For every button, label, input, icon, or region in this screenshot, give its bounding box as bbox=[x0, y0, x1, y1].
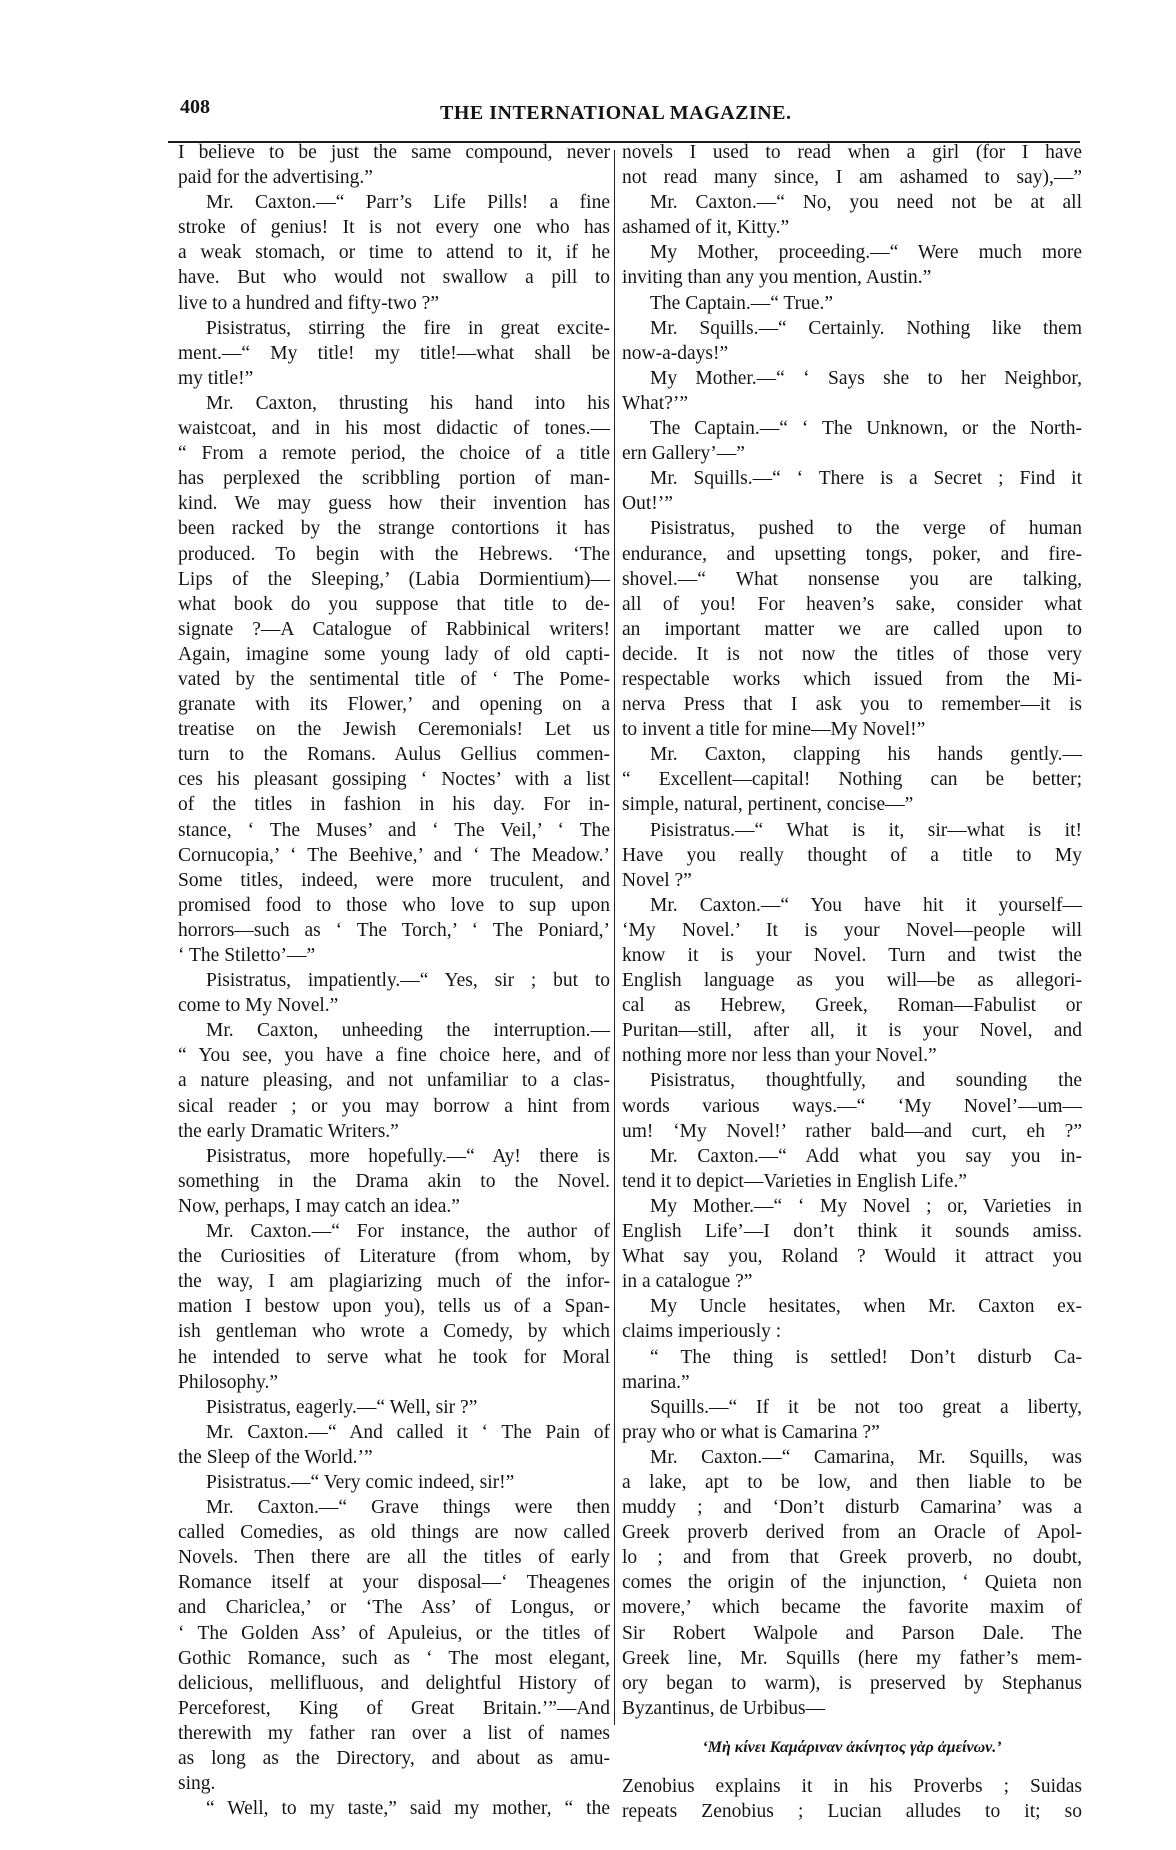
text-line: Mr. Caxton, unheeding the interruption.— bbox=[178, 1018, 610, 1043]
text-line: Pisistratus, pushed to the verge of huma… bbox=[622, 516, 1082, 541]
text-line: Now, perhaps, I may catch an idea.” bbox=[178, 1194, 610, 1219]
text-line: Out!’” bbox=[622, 491, 1082, 516]
text-line: Puritan—still, after all, it is your Nov… bbox=[622, 1018, 1082, 1043]
text-line: turn to the Romans. Aulus Gellius commen… bbox=[178, 742, 610, 767]
text-line: novels I used to read when a girl (for I… bbox=[622, 140, 1082, 165]
text-line: comes the origin of the injunction, ‘ Qu… bbox=[622, 1570, 1082, 1595]
text-line: Perceforest, King of Great Britain.’”—An… bbox=[178, 1696, 610, 1721]
text-line: Mr. Caxton, clapping his hands gently.— bbox=[622, 742, 1082, 767]
text-line: Gothic Romance, such as ‘ The most elega… bbox=[178, 1646, 610, 1671]
text-line: stance, ‘ The Muses’ and ‘ The Veil,’ ‘ … bbox=[178, 818, 610, 843]
text-line: ‘ The Golden Ass’ of Apuleius, or the ti… bbox=[178, 1621, 610, 1646]
text-line: stroke of genius! It is not every one wh… bbox=[178, 215, 610, 240]
text-line: live to a hundred and fifty-two ?” bbox=[178, 291, 610, 316]
text-line: ashamed of it, Kitty.” bbox=[622, 215, 1082, 240]
text-line: words various ways.—“ ‘My Novel’—um— bbox=[622, 1094, 1082, 1119]
text-line: My Uncle hesitates, when Mr. Caxton ex- bbox=[622, 1294, 1082, 1319]
text-line: to invent a title for mine—My Novel!” bbox=[622, 717, 1082, 742]
text-line: endurance, and upsetting tongs, poker, a… bbox=[622, 542, 1082, 567]
text-line: a nature pleasing, and not unfamiliar to… bbox=[178, 1068, 610, 1093]
text-line: Mr. Caxton, thrusting his hand into his bbox=[178, 391, 610, 416]
text-line: Byzantinus, de Urbibus— bbox=[622, 1696, 1082, 1721]
greek-quotation: ‘Μὴ κίνει Καμάριναν ἀκίνητος γὰρ ἀμείνων… bbox=[622, 1735, 1082, 1760]
text-line: the early Dramatic Writers.” bbox=[178, 1119, 610, 1144]
text-line: Pisistratus, stirring the fire in great … bbox=[178, 316, 610, 341]
text-line: ‘My Novel.’ It is your Novel—people will bbox=[622, 918, 1082, 943]
text-line: Mr. Caxton.—“ Parr’s Life Pills! a fine bbox=[178, 190, 610, 215]
text-line: Novels. Then there are all the titles of… bbox=[178, 1545, 610, 1570]
text-line: I believe to be just the same compound, … bbox=[178, 140, 610, 165]
text-line: lo ; and from that Greek proverb, no dou… bbox=[622, 1545, 1082, 1570]
text-line: an important matter we are called upon t… bbox=[622, 617, 1082, 642]
text-line: signate ?—A Catalogue of Rabbinical writ… bbox=[178, 617, 610, 642]
text-line: the Curiosities of Literature (from whom… bbox=[178, 1244, 610, 1269]
text-line: ory began to warm), is preserved by Step… bbox=[622, 1671, 1082, 1696]
text-line: a weak stomach, or time to attend to it,… bbox=[178, 240, 610, 265]
text-line: Squills.—“ If it be not too great a libe… bbox=[622, 1395, 1082, 1420]
text-line: marina.” bbox=[622, 1370, 1082, 1395]
text-line: Mr. Caxton.—“ You have hit it yourself— bbox=[622, 893, 1082, 918]
text-line: the way, I am plagiarizing much of the i… bbox=[178, 1269, 610, 1294]
text-line: granate with its Flower,’ and opening on… bbox=[178, 692, 610, 717]
text-line: nerva Press that I ask you to remember—i… bbox=[622, 692, 1082, 717]
text-line: as long as the Directory, and about as a… bbox=[178, 1746, 610, 1771]
text-line: Novel ?” bbox=[622, 868, 1082, 893]
text-line: My Mother, proceeding.—“ Were much more bbox=[622, 240, 1082, 265]
text-line: what book do you suppose that title to d… bbox=[178, 592, 610, 617]
text-line: My Mother.—“ ‘ My Novel ; or, Varieties … bbox=[622, 1194, 1082, 1219]
text-line: paid for the advertising.” bbox=[178, 165, 610, 190]
text-line: Greek line, Mr. Squills (here my father’… bbox=[622, 1646, 1082, 1671]
text-line: English Life’—I don’t think it sounds am… bbox=[622, 1219, 1082, 1244]
text-line: in a catalogue ?” bbox=[622, 1269, 1082, 1294]
text-line: vated by the sentimental title of ‘ The … bbox=[178, 667, 610, 692]
text-line: horrors—such as ‘ The Torch,’ ‘ The Poni… bbox=[178, 918, 610, 943]
text-line: not read many since, I am ashamed to say… bbox=[622, 165, 1082, 190]
text-line: “ Excellent—capital! Nothing can be bett… bbox=[622, 767, 1082, 792]
text-line: simple, natural, pertinent, concise—” bbox=[622, 792, 1082, 817]
text-line: nothing more nor less than your Novel.” bbox=[622, 1043, 1082, 1068]
text-line: Pisistratus, impatiently.—“ Yes, sir ; b… bbox=[178, 968, 610, 993]
text-line: Mr. Caxton.—“ For instance, the author o… bbox=[178, 1219, 610, 1244]
text-line: produced. To begin with the Hebrews. ‘Th… bbox=[178, 542, 610, 567]
text-line: delicious, mellifluous, and delightful H… bbox=[178, 1671, 610, 1696]
text-line: Lips of the Sleeping,’ (Labia Dormientiu… bbox=[178, 567, 610, 592]
text-line: claims imperiously : bbox=[622, 1319, 1082, 1344]
text-line: mation I bestow upon you), tells us of a… bbox=[178, 1294, 610, 1319]
text-line: promised food to those who love to sup u… bbox=[178, 893, 610, 918]
text-line: been racked by the strange contortions i… bbox=[178, 516, 610, 541]
text-line: Mr. Caxton.—“ Grave things were then bbox=[178, 1495, 610, 1520]
text-line: Mr. Caxton.—“ Camarina, Mr. Squills, was bbox=[622, 1445, 1082, 1470]
text-line: pray who or what is Camarina ?” bbox=[622, 1420, 1082, 1445]
text-line: movere,’ which became the favorite maxim… bbox=[622, 1595, 1082, 1620]
text-line: “ From a remote period, the choice of a … bbox=[178, 441, 610, 466]
text-line: muddy ; and ‘Don’t disturb Camarina’ was… bbox=[622, 1495, 1082, 1520]
text-line: of the titles in fashion in his day. For… bbox=[178, 792, 610, 817]
text-line: tend it to depict—Varieties in English L… bbox=[622, 1169, 1082, 1194]
text-line: English language as you will—be as alleg… bbox=[622, 968, 1082, 993]
text-line: Some titles, indeed, were more truculent… bbox=[178, 868, 610, 893]
right-column: novels I used to read when a girl (for I… bbox=[622, 140, 1082, 1824]
text-line: sing. bbox=[178, 1771, 610, 1796]
text-line: Sir Robert Walpole and Parson Dale. The bbox=[622, 1621, 1082, 1646]
text-line: therewith my father ran over a list of n… bbox=[178, 1721, 610, 1746]
text-line: Pisistratus.—“ What is it, sir—what is i… bbox=[622, 818, 1082, 843]
text-line: something in the Drama akin to the Novel… bbox=[178, 1169, 610, 1194]
text-line: Pisistratus, eagerly.—“ Well, sir ?” bbox=[178, 1395, 610, 1420]
text-line: know it is your Novel. Turn and twist th… bbox=[622, 943, 1082, 968]
text-line: “ Well, to my taste,” said my mother, “ … bbox=[178, 1796, 610, 1821]
text-line: ern Gallery’—” bbox=[622, 441, 1082, 466]
text-line: Pisistratus, thoughtfully, and sounding … bbox=[622, 1068, 1082, 1093]
text-line: has perplexed the scribbling portion of … bbox=[178, 466, 610, 491]
text-line: Zenobius explains it in his Proverbs ; S… bbox=[622, 1774, 1082, 1799]
text-line: Mr. Caxton.—“ Add what you say you in- bbox=[622, 1144, 1082, 1169]
text-line: ish gentleman who wrote a Comedy, by whi… bbox=[178, 1319, 610, 1344]
page-number: 408 bbox=[180, 96, 210, 119]
text-line: “ The thing is settled! Don’t disturb Ca… bbox=[622, 1345, 1082, 1370]
text-line: Philosophy.” bbox=[178, 1370, 610, 1395]
text-line: “ You see, you have a fine choice here, … bbox=[178, 1043, 610, 1068]
text-line: ‘ The Stiletto’—” bbox=[178, 943, 610, 968]
text-line: Mr. Squills.—“ Certainly. Nothing like t… bbox=[622, 316, 1082, 341]
text-line: Have you really thought of a title to My bbox=[622, 843, 1082, 868]
text-line: the Sleep of the World.’” bbox=[178, 1445, 610, 1470]
text-line: waistcoat, and in his most didactic of t… bbox=[178, 416, 610, 441]
text-line: What?’” bbox=[622, 391, 1082, 416]
text-line: come to My Novel.” bbox=[178, 993, 610, 1018]
text-line: respectable works which issued from the … bbox=[622, 667, 1082, 692]
left-column: I believe to be just the same compound, … bbox=[178, 140, 610, 1821]
text-line: kind. We may guess how their invention h… bbox=[178, 491, 610, 516]
text-line: treatise on the Jewish Ceremonials! Let … bbox=[178, 717, 610, 742]
paragraph-gap bbox=[622, 1760, 1082, 1774]
text-line: Pisistratus, more hopefully.—“ Ay! there… bbox=[178, 1144, 610, 1169]
column-divider bbox=[614, 150, 615, 1725]
text-line: The Captain.—“ ‘ The Unknown, or the Nor… bbox=[622, 416, 1082, 441]
text-line: Mr. Caxton.—“ No, you need not be at all bbox=[622, 190, 1082, 215]
text-line: ment.—“ My title! my title!—what shall b… bbox=[178, 341, 610, 366]
text-line: Mr. Squills.—“ ‘ There is a Secret ; Fin… bbox=[622, 466, 1082, 491]
text-line: My Mother.—“ ‘ Says she to her Neighbor, bbox=[622, 366, 1082, 391]
text-line: ces his pleasant gossiping ‘ Noctes’ wit… bbox=[178, 767, 610, 792]
text-line: a lake, apt to be low, and then liable t… bbox=[622, 1470, 1082, 1495]
paragraph-gap bbox=[622, 1721, 1082, 1735]
text-line: um! ‘My Novel!’ rather bald—and curt, eh… bbox=[622, 1119, 1082, 1144]
text-line: have. But who would not swallow a pill t… bbox=[178, 265, 610, 290]
text-line: What say you, Roland ? Would it attract … bbox=[622, 1244, 1082, 1269]
running-title: THE INTERNATIONAL MAGAZINE. bbox=[440, 102, 792, 125]
text-line: Greek proverb derived from an Oracle of … bbox=[622, 1520, 1082, 1545]
text-line: Again, imagine some young lady of old ca… bbox=[178, 642, 610, 667]
text-line: Cornucopia,’ ‘ The Beehive,’ and ‘ The M… bbox=[178, 843, 610, 868]
text-line: called Comedies, as old things are now c… bbox=[178, 1520, 610, 1545]
text-line: all of you! For heaven’s sake, consider … bbox=[622, 592, 1082, 617]
text-line: cal as Hebrew, Greek, Roman—Fabulist or bbox=[622, 993, 1082, 1018]
text-line: Mr. Caxton.—“ And called it ‘ The Pain o… bbox=[178, 1420, 610, 1445]
text-line: now-a-days!” bbox=[622, 341, 1082, 366]
text-line: decide. It is not now the titles of thos… bbox=[622, 642, 1082, 667]
text-line: he intended to serve what he took for Mo… bbox=[178, 1345, 610, 1370]
text-line: The Captain.—“ True.” bbox=[622, 291, 1082, 316]
text-line: Romance itself at your disposal—‘ Theage… bbox=[178, 1570, 610, 1595]
text-line: sical reader ; or you may borrow a hint … bbox=[178, 1094, 610, 1119]
text-line: shovel.—“ What nonsense you are talking, bbox=[622, 567, 1082, 592]
text-line: my title!” bbox=[178, 366, 610, 391]
text-line: repeats Zenobius ; Lucian alludes to it;… bbox=[622, 1799, 1082, 1824]
text-line: Pisistratus.—“ Very comic indeed, sir!” bbox=[178, 1470, 610, 1495]
text-line: and Chariclea,’ or ‘The Ass’ of Longus, … bbox=[178, 1595, 610, 1620]
text-line: inviting than any you mention, Austin.” bbox=[622, 265, 1082, 290]
